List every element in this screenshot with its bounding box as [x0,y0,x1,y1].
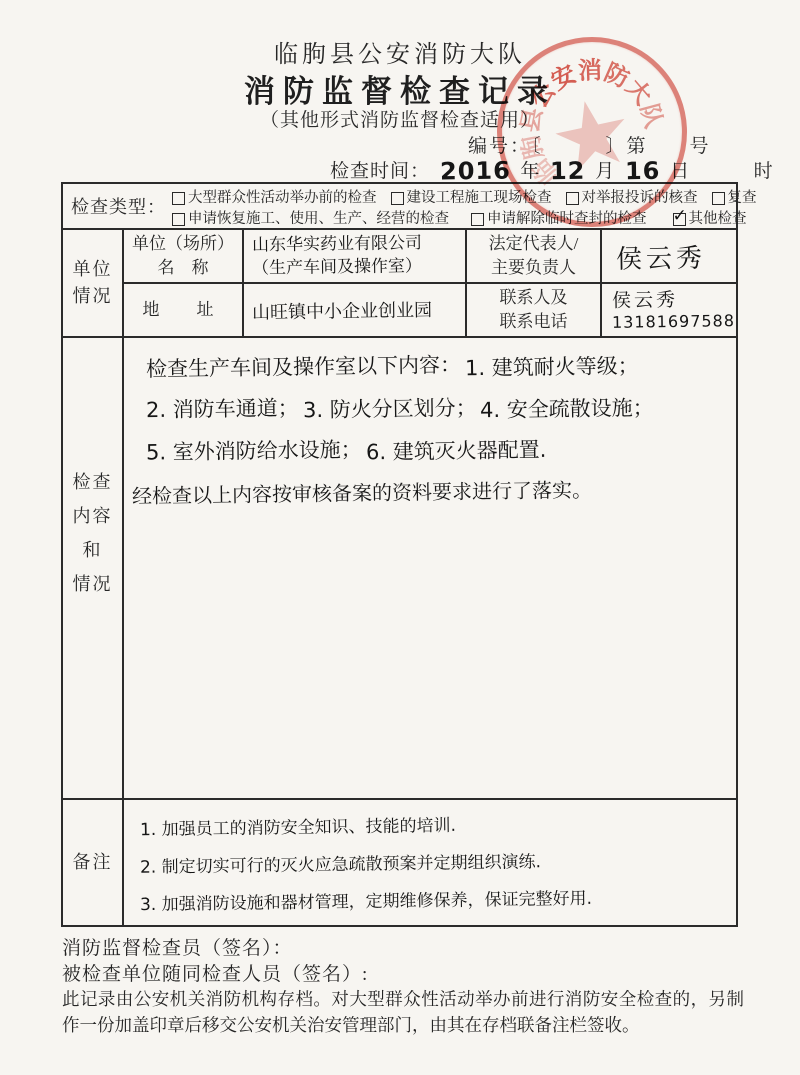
option-construction-site-check: 建设工程施工现场检查 [391,188,552,209]
content-section-label: 检查 内容 和 情况 [63,338,124,800]
inspector-signature-line: 消防监督检查员（签名）： [62,933,293,960]
remark-line: 3. 加强消防设施和器材管理，定期维修保养，保证完整好用. [140,881,593,924]
remarks-section-label: 备注 [63,800,124,925]
contact-label: 联系人及 联系电话 [467,284,602,338]
checkbox-icon [471,213,484,226]
address-label: 地 址 [124,284,244,338]
month-handwritten: 12 [550,157,586,185]
content-line: 5. 室外消防给水设施； [146,428,362,473]
hour-unit: 时 [754,161,774,182]
content-summary-line: 经检查以上内容按审核备案的资料要求进行了落实。 [132,469,593,517]
day-handwritten: 16 [625,157,661,185]
checkbox-icon [391,192,404,205]
archive-note: 此记录由公安机关消防机构存档。对大型群众性活动举办前进行消防安全检查的，另制作一… [62,987,744,1038]
inspection-type-row: 检查类型： 大型群众性活动举办前的检查 建设工程施工现场检查 对举报投诉的核查 … [63,184,736,230]
day-unit: 日 [670,161,690,182]
legal-rep-value: 侯云秀 [602,230,736,284]
inspection-type-options: 大型群众性活动举办前的检查 建设工程施工现场检查 对举报投诉的核查 复查 申请恢… [172,188,771,230]
option-resume-operation-check: 申请恢复施工、使用、生产、经营的检查 [172,209,449,230]
doc-number-line: 编号：〔 〕第 号 [468,131,711,158]
content-line: 1. 建筑耐火等级； [465,345,639,389]
remark-line: 2. 制定切实可行的灭火应急疏散预案并定期组织演练. [140,844,542,887]
org-name: 临朐县公安消防大队 [0,34,800,69]
unit-name-value: 山东华实药业有限公司 （生产车间及操作室） [244,230,467,284]
unit-name-label: 单位（场所） 名 称 [124,230,244,284]
time-label: 检查时间： [330,161,430,182]
checkbox-icon [566,192,579,205]
remarks-cell: 1. 加强员工的消防安全知识、技能的培训. 2. 制定切实可行的灭火应急疏散预案… [124,800,736,925]
page-subtitle: （其他形式消防监督检查适用） [0,105,800,132]
checkbox-icon [673,213,686,226]
option-unseal-check: 申请解除临时查封的检查 [471,209,647,230]
inspection-type-label: 检查类型： [71,188,166,219]
inspection-form-table: 检查类型： 大型群众性活动举办前的检查 建设工程施工现场检查 对举报投诉的核查 … [61,182,738,927]
content-line: 检查生产车间及操作室以下内容： [146,344,462,390]
legal-rep-label: 法定代表人/ 主要负责人 [467,230,602,284]
remark-line: 1. 加强员工的消防安全知识、技能的培训. [140,808,457,849]
content-line: 4. 安全疏散设施； [480,387,654,431]
checkbox-icon [712,192,725,205]
content-line: 6. 建筑灭火器配置. [365,429,546,474]
content-line: 3. 防火分区划分； [302,387,476,431]
option-other-check: 其他检查 [673,209,747,230]
contact-value: 侯云秀 13181697588 [602,284,736,338]
content-cell: 检查生产车间及操作室以下内容： 1. 建筑耐火等级； 2. 消防车通道； 3. … [124,338,736,800]
options-line-2: 申请恢复施工、使用、生产、经营的检查 申请解除临时查封的检查 其他检查 [172,209,771,230]
content-line: 2. 消防车通道； [146,387,299,431]
checkbox-icon [172,192,185,205]
option-recheck: 复查 [712,188,757,209]
address-value: 山旺镇中小企业创业园 [244,284,467,338]
month-unit: 月 [595,161,615,182]
inspection-time-line: 检查时间： 2016 年 12 月 16 日 时 [330,155,774,183]
unit-rep-signature-line: 被检查单位随同检查人员（签名）: [62,959,368,986]
unit-info-section-label: 单位 情况 [63,230,124,338]
checkbox-icon [172,213,185,226]
year-unit: 年 [520,161,540,182]
option-pre-event-check: 大型群众性活动举办前的检查 [172,188,377,209]
